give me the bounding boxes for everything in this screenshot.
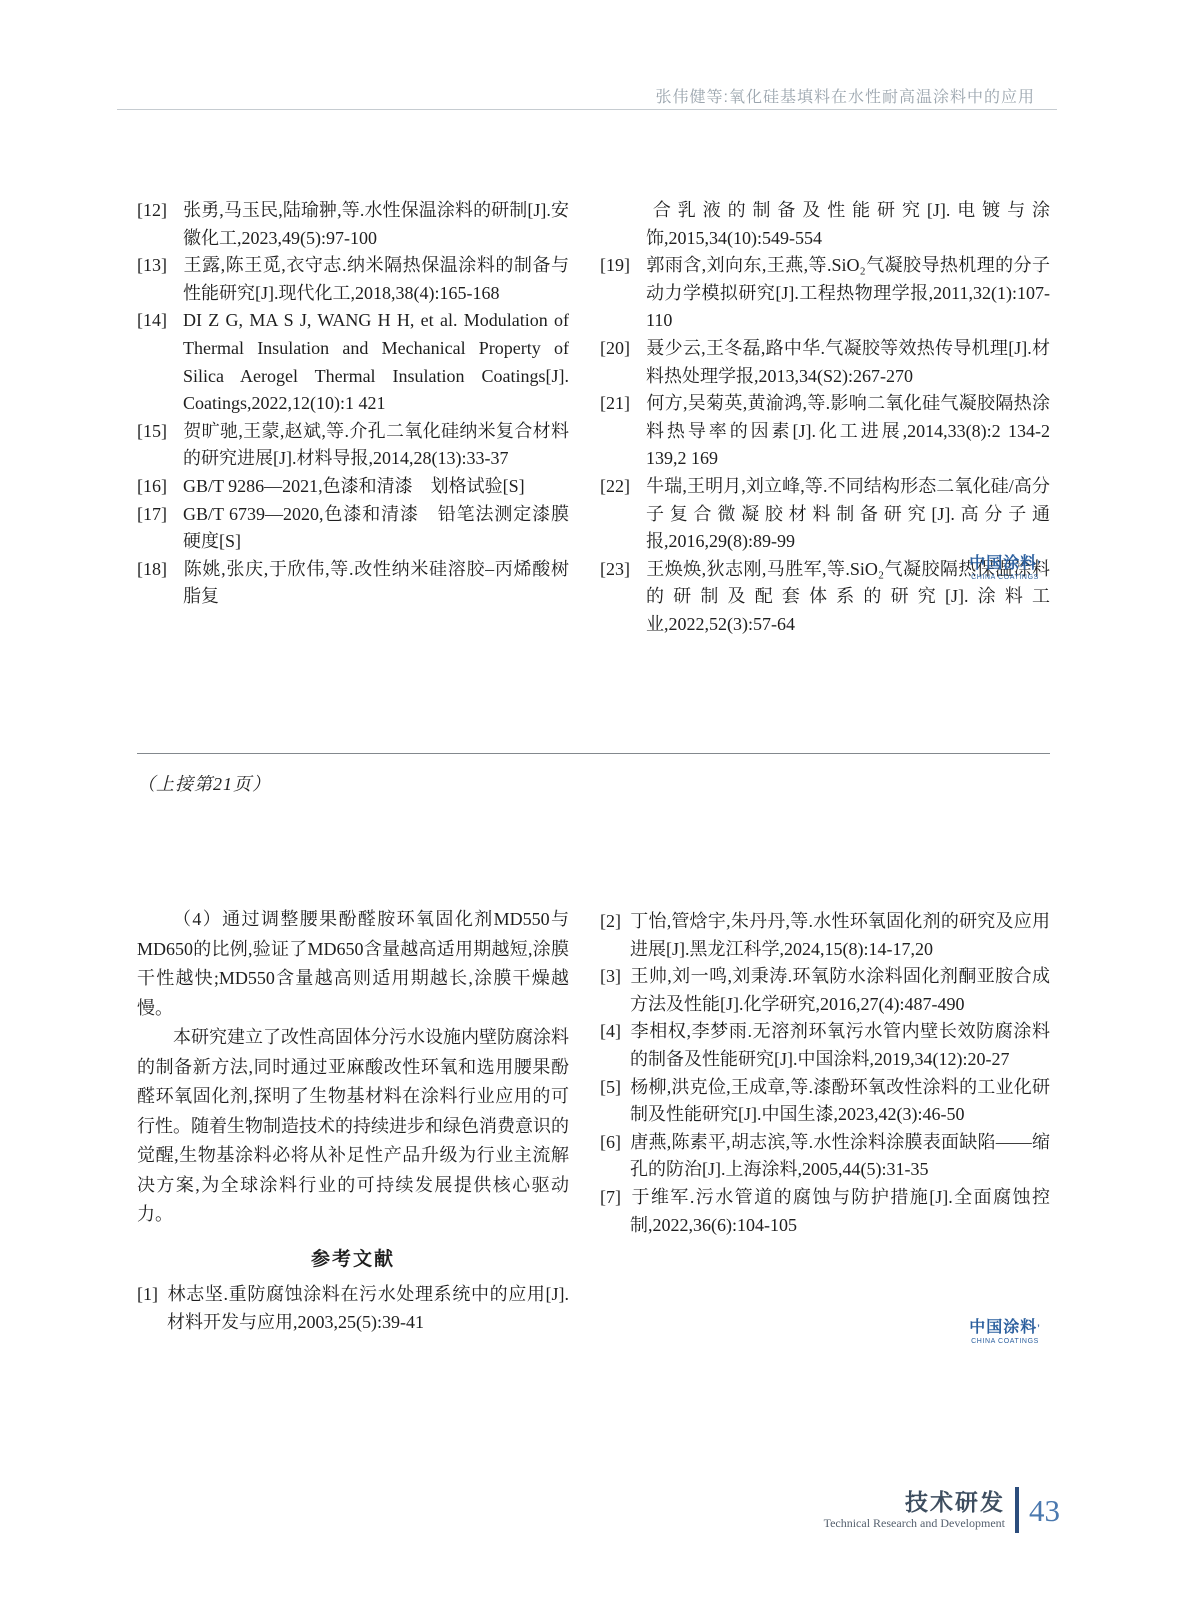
reference-text: 王帅,刘一鸣,刘秉涛.环氧防水涂料固化剂酮亚胺合成方法及性能[J].化学研究,2… <box>630 966 1050 1014</box>
reference-item: [22]牛瑞,王明月,刘立峰,等.不同结构形态二氧化硅/高分子复合微凝胶材料制备… <box>600 473 1050 556</box>
china-coatings-logo: 中国涂料’ CHINA COATINGS <box>960 556 1050 582</box>
running-title: 张伟健等:氧化硅基填料在水性耐高温涂料中的应用 <box>656 84 1035 107</box>
reference-item: [3]王帅,刘一鸣,刘秉涛.环氧防水涂料固化剂酮亚胺合成方法及性能[J].化学研… <box>600 963 1050 1018</box>
reference-label: [6] <box>600 1129 630 1157</box>
reference-label: [4] <box>600 1018 630 1046</box>
reference-item: [7]于维军.污水管道的腐蚀与防护措施[J].全面腐蚀控制,2022,36(6)… <box>600 1184 1050 1239</box>
logo-cn-text: 中国涂料 <box>969 555 1037 572</box>
reference-text: GB/T 9286—2021,色漆和清漆 划格试验[S] <box>183 476 525 496</box>
reference-label: [23] <box>600 556 646 584</box>
reference-text: 合乳液的制备及性能研究[J].电镀与涂饰,2015,34(10):549-554 <box>646 200 1050 248</box>
china-coatings-logo: 中国涂料’ CHINA COATINGS <box>960 1320 1050 1346</box>
reference-label: [7] <box>600 1184 630 1212</box>
reference-list-bottom-right: [2]丁怡,管焓宇,朱丹丹,等.水性环氧固化剂的研究及应用进展[J].黑龙江科学… <box>600 908 1050 1239</box>
reference-item: [17]GB/T 6739—2020,色漆和清漆 铅笔法测定漆膜硬度[S] <box>137 501 569 556</box>
reference-label: [18] <box>137 556 183 584</box>
china-coatings-logo-en: CHINA COATINGS <box>960 574 1050 582</box>
page-footer: 技术研发 Technical Research and Development … <box>824 1487 1060 1533</box>
reference-label: [15] <box>137 418 183 446</box>
footer-section-block: 技术研发 Technical Research and Development <box>824 1490 1005 1530</box>
reference-text: 贺旷驰,王蒙,赵斌,等.介孔二氧化硅纳米复合材料的研究进展[J].材料导报,20… <box>183 421 569 469</box>
body-paragraph: 本研究建立了改性高固体分污水设施内壁防腐涂料的制备新方法,同时通过亚麻酸改性环氧… <box>137 1023 569 1230</box>
reference-label: [16] <box>137 473 183 501</box>
header-rule <box>117 109 1057 110</box>
reference-text: 唐燕,陈素平,胡志滨,等.水性涂料涂膜表面缺陷——缩孔的防治[J].上海涂料,2… <box>630 1132 1050 1180</box>
reference-item: [21]何方,吴菊英,黄渝鸿,等.影响二氧化硅气凝胶隔热涂料热导率的因素[J].… <box>600 390 1050 473</box>
reference-label: [13] <box>137 252 183 280</box>
reference-label: [19] <box>600 252 646 280</box>
reference-text: 林志坚.重防腐蚀涂料在污水处理系统中的应用[J].材料开发与应用,2003,25… <box>167 1284 569 1332</box>
reference-text: 李相权,李梦雨.无溶剂环氧污水管内壁长效防腐涂料的制备及性能研究[J].中国涂料… <box>630 1021 1050 1069</box>
china-coatings-logo-cn: 中国涂料’ <box>960 1320 1050 1336</box>
china-coatings-logo-en: CHINA COATINGS <box>960 1338 1050 1346</box>
reference-item: [2]丁怡,管焓宇,朱丹丹,等.水性环氧固化剂的研究及应用进展[J].黑龙江科学… <box>600 908 1050 963</box>
page-number: 43 <box>1029 1495 1060 1526</box>
logo-trademark-mark: ’ <box>1037 1323 1041 1333</box>
continued-from-note: （上接第21页） <box>137 770 271 796</box>
article-body-left-column: （4）通过调整腰果酚醛胺环氧固化剂MD550与MD650的比例,验证了MD650… <box>137 905 569 1336</box>
reference-text: 张勇,马玉民,陆瑜翀,等.水性保温涂料的研制[J].安徽化工,2023,49(5… <box>183 200 569 248</box>
reference-text: DI Z G, MA S J, WANG H H, et al. Modulat… <box>183 310 569 413</box>
reference-text: 牛瑞,王明月,刘立峰,等.不同结构形态二氧化硅/高分子复合微凝胶材料制备研究[J… <box>646 476 1050 551</box>
reference-label: [22] <box>600 473 646 501</box>
reference-item: [18]陈姚,张庆,于欣伟,等.改性纳米硅溶胶–丙烯酸树脂复 <box>137 556 569 611</box>
china-coatings-logo-cn: 中国涂料’ <box>960 556 1050 572</box>
journal-page: 张伟健等:氧化硅基填料在水性耐高温涂料中的应用 [12]张勇,马玉民,陆瑜翀,等… <box>0 0 1187 1600</box>
reference-text: 丁怡,管焓宇,朱丹丹,等.水性环氧固化剂的研究及应用进展[J].黑龙江科学,20… <box>630 911 1050 959</box>
reference-label: [21] <box>600 390 646 418</box>
reference-item: [14]DI Z G, MA S J, WANG H H, et al. Mod… <box>137 307 569 417</box>
reference-item: [6]唐燕,陈素平,胡志滨,等.水性涂料涂膜表面缺陷——缩孔的防治[J].上海涂… <box>600 1129 1050 1184</box>
reference-label: [5] <box>600 1074 630 1102</box>
reference-label: [12] <box>137 197 183 225</box>
body-paragraph: （4）通过调整腰果酚醛胺环氧固化剂MD550与MD650的比例,验证了MD650… <box>137 905 569 1023</box>
reference-label: [3] <box>600 963 630 991</box>
reference-item: [13]王露,陈王觅,衣守志.纳米隔热保温涂料的制备与性能研究[J].现代化工,… <box>137 252 569 307</box>
logo-trademark-mark: ’ <box>1037 559 1041 569</box>
footer-section-title: 技术研发 <box>824 1490 1005 1514</box>
reference-item: [19]郭雨含,刘向东,王燕,等.SiO₂气凝胶导热机理的分子动力学模拟研究[J… <box>600 252 1050 335</box>
reference-text: 于维军.污水管道的腐蚀与防护措施[J].全面腐蚀控制,2022,36(6):10… <box>630 1187 1050 1235</box>
reference-text: 王露,陈王觅,衣守志.纳米隔热保温涂料的制备与性能研究[J].现代化工,2018… <box>183 255 569 303</box>
logo-cn-text: 中国涂料 <box>969 1319 1037 1336</box>
reference-item: [15]贺旷驰,王蒙,赵斌,等.介孔二氧化硅纳米复合材料的研究进展[J].材料导… <box>137 418 569 473</box>
reference-label: [20] <box>600 335 646 363</box>
reference-text: 聂少云,王冬磊,路中华.气凝胶等效热传导机理[J].材料热处理学报,2013,3… <box>646 338 1050 386</box>
reference-label: [17] <box>137 501 183 529</box>
section-divider <box>137 753 1050 754</box>
reference-text: 郭雨含,刘向东,王燕,等.SiO₂气凝胶导热机理的分子动力学模拟研究[J].工程… <box>646 255 1050 330</box>
reference-text: 何方,吴菊英,黄渝鸿,等.影响二氧化硅气凝胶隔热涂料热导率的因素[J].化工进展… <box>646 393 1050 468</box>
reference-item: [16]GB/T 9286—2021,色漆和清漆 划格试验[S] <box>137 473 569 501</box>
footer-divider-bar <box>1015 1487 1019 1533</box>
reference-item: [4]李相权,李梦雨.无溶剂环氧污水管内壁长效防腐涂料的制备及性能研究[J].中… <box>600 1018 1050 1073</box>
reference-item: [20]聂少云,王冬磊,路中华.气凝胶等效热传导机理[J].材料热处理学报,20… <box>600 335 1050 390</box>
reference-list-top-left: [12]张勇,马玉民,陆瑜翀,等.水性保温涂料的研制[J].安徽化工,2023,… <box>137 197 569 611</box>
references-heading: 参考文献 <box>137 1246 569 1274</box>
reference-item-continuation: 合乳液的制备及性能研究[J].电镀与涂饰,2015,34(10):549-554 <box>600 197 1050 252</box>
footer-section-subtitle: Technical Research and Development <box>824 1517 1005 1530</box>
reference-text: GB/T 6739—2020,色漆和清漆 铅笔法测定漆膜硬度[S] <box>183 504 569 552</box>
reference-label: [2] <box>600 908 630 936</box>
reference-item: [12]张勇,马玉民,陆瑜翀,等.水性保温涂料的研制[J].安徽化工,2023,… <box>137 197 569 252</box>
reference-label: [14] <box>137 307 183 335</box>
reference-label: [1] <box>137 1281 167 1309</box>
reference-text: 陈姚,张庆,于欣伟,等.改性纳米硅溶胶–丙烯酸树脂复 <box>183 559 569 607</box>
reference-item: [1]林志坚.重防腐蚀涂料在污水处理系统中的应用[J].材料开发与应用,2003… <box>137 1281 569 1336</box>
reference-text: 杨柳,洪克俭,王成章,等.漆酚环氧改性涂料的工业化研制及性能研究[J].中国生漆… <box>630 1077 1050 1125</box>
reference-item: [5]杨柳,洪克俭,王成章,等.漆酚环氧改性涂料的工业化研制及性能研究[J].中… <box>600 1074 1050 1129</box>
